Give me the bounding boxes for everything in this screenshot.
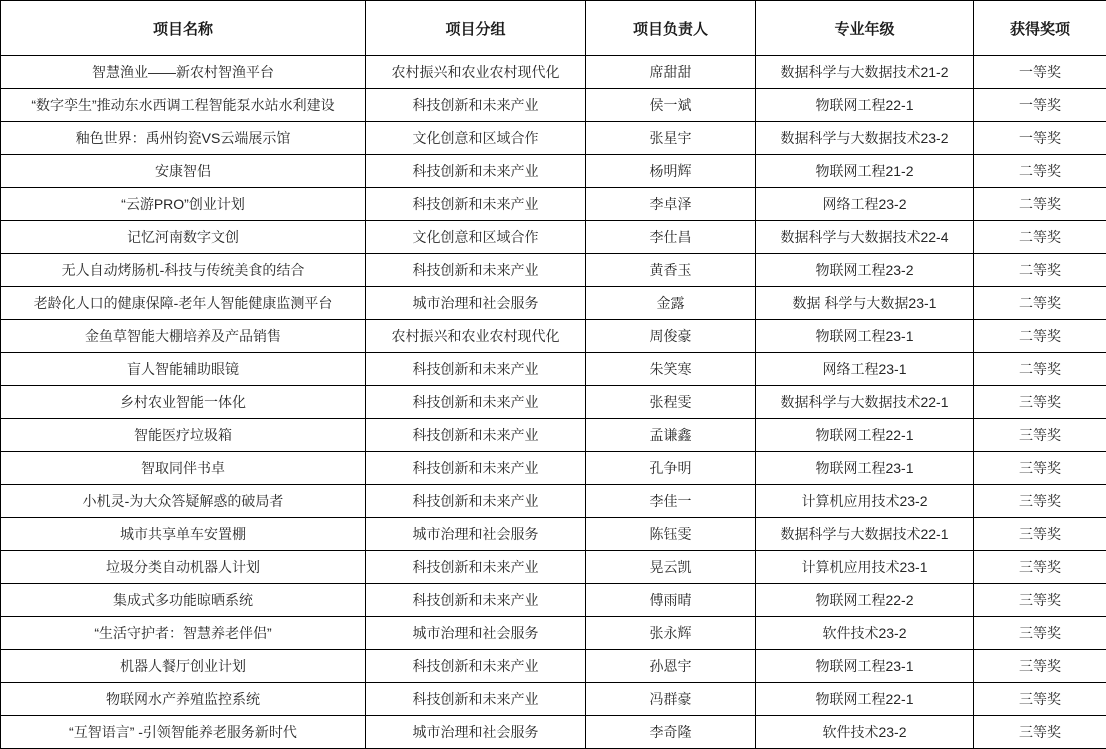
cell-project-name: “数字孪生”推动东水西调工程智能泵水站水利建设 (1, 89, 366, 122)
cell-project-group: 城市治理和社会服务 (366, 617, 586, 650)
cell-project-group: 科技创新和未来产业 (366, 386, 586, 419)
cell-project-name: 城市共享单车安置棚 (1, 518, 366, 551)
table-row: 老龄化人口的健康保障-老年人智能健康监测平台 城市治理和社会服务 金露 数据 科… (1, 287, 1106, 320)
cell-project-group: 城市治理和社会服务 (366, 518, 586, 551)
cell-project-name: “生活守护者：智慧养老伴侣” (1, 617, 366, 650)
column-header-award: 获得奖项 (974, 1, 1106, 56)
cell-project-group: 农村振兴和农业农村现代化 (366, 56, 586, 89)
cell-project-group: 科技创新和未来产业 (366, 584, 586, 617)
cell-award: 三等奖 (974, 386, 1106, 419)
cell-project-group: 文化创意和区域合作 (366, 221, 586, 254)
cell-project-group: 科技创新和未来产业 (366, 683, 586, 716)
cell-major-grade: 物联网工程21-2 (756, 155, 974, 188)
table-row: 安康智侣 科技创新和未来产业 杨明辉 物联网工程21-2 二等奖 (1, 155, 1106, 188)
cell-major-grade: 物联网工程23-1 (756, 650, 974, 683)
cell-project-group: 农村振兴和农业农村现代化 (366, 320, 586, 353)
table-row: 智取同伴书卓 科技创新和未来产业 孔争明 物联网工程23-1 三等奖 (1, 452, 1106, 485)
cell-major-grade: 物联网工程22-1 (756, 89, 974, 122)
cell-project-name: 老龄化人口的健康保障-老年人智能健康监测平台 (1, 287, 366, 320)
cell-major-grade: 数据科学与大数据技术22-1 (756, 386, 974, 419)
cell-project-group: 科技创新和未来产业 (366, 551, 586, 584)
table-row: 城市共享单车安置棚 城市治理和社会服务 陈钰雯 数据科学与大数据技术22-1 三… (1, 518, 1106, 551)
cell-project-group: 文化创意和区域合作 (366, 122, 586, 155)
cell-project-name: 金鱼草智能大棚培养及产品销售 (1, 320, 366, 353)
cell-leader: 傅雨晴 (586, 584, 756, 617)
table-row: “互智语言” -引领智能养老服务新时代 城市治理和社会服务 李奇隆 软件技术23… (1, 716, 1106, 749)
table-row: 小机灵-为大众答疑解惑的破局者 科技创新和未来产业 李佳一 计算机应用技术23-… (1, 485, 1106, 518)
cell-project-name: 安康智侣 (1, 155, 366, 188)
cell-major-grade: 物联网工程22-1 (756, 683, 974, 716)
cell-major-grade: 数据科学与大数据技术22-1 (756, 518, 974, 551)
cell-major-grade: 物联网工程22-2 (756, 584, 974, 617)
cell-award: 二等奖 (974, 287, 1106, 320)
column-header-group: 项目分组 (366, 1, 586, 56)
cell-project-name: 垃圾分类自动机器人计划 (1, 551, 366, 584)
column-header-name: 项目名称 (1, 1, 366, 56)
cell-project-group: 城市治理和社会服务 (366, 716, 586, 749)
cell-project-name: 无人自动烤肠机-科技与传统美食的结合 (1, 254, 366, 287)
cell-project-name: 小机灵-为大众答疑解惑的破局者 (1, 485, 366, 518)
cell-award: 二等奖 (974, 155, 1106, 188)
cell-award: 三等奖 (974, 518, 1106, 551)
table-body: 智慧渔业——新农村智渔平台 农村振兴和农业农村现代化 席甜甜 数据科学与大数据技… (1, 56, 1106, 749)
cell-major-grade: 物联网工程23-1 (756, 320, 974, 353)
cell-award: 一等奖 (974, 89, 1106, 122)
cell-major-grade: 物联网工程23-1 (756, 452, 974, 485)
project-awards-table: 项目名称项目分组项目负责人专业年级获得奖项 智慧渔业——新农村智渔平台 农村振兴… (0, 0, 1106, 749)
cell-award: 二等奖 (974, 221, 1106, 254)
table-row: 智能医疗垃圾箱 科技创新和未来产业 孟谦鑫 物联网工程22-1 三等奖 (1, 419, 1106, 452)
table-row: 集成式多功能晾晒系统 科技创新和未来产业 傅雨晴 物联网工程22-2 三等奖 (1, 584, 1106, 617)
cell-award: 二等奖 (974, 320, 1106, 353)
cell-leader: 杨明辉 (586, 155, 756, 188)
cell-award: 三等奖 (974, 452, 1106, 485)
table-row: 记忆河南数字文创 文化创意和区域合作 李仕昌 数据科学与大数据技术22-4 二等… (1, 221, 1106, 254)
table-row: 盲人智能辅助眼镜 科技创新和未来产业 朱笑寒 网络工程23-1 二等奖 (1, 353, 1106, 386)
cell-project-name: 集成式多功能晾晒系统 (1, 584, 366, 617)
cell-leader: 黄香玉 (586, 254, 756, 287)
table-row: “云游PRO”创业计划 科技创新和未来产业 李卓泽 网络工程23-2 二等奖 (1, 188, 1106, 221)
table-row: 釉色世界：禹州钧瓷VS云端展示馆 文化创意和区域合作 张星宇 数据科学与大数据技… (1, 122, 1106, 155)
header-row: 项目名称项目分组项目负责人专业年级获得奖项 (1, 1, 1106, 56)
table-row: 物联网水产养殖监控系统 科技创新和未来产业 冯群豪 物联网工程22-1 三等奖 (1, 683, 1106, 716)
cell-major-grade: 物联网工程23-2 (756, 254, 974, 287)
cell-project-name: 物联网水产养殖监控系统 (1, 683, 366, 716)
table-row: “生活守护者：智慧养老伴侣” 城市治理和社会服务 张永辉 软件技术23-2 三等… (1, 617, 1106, 650)
cell-project-group: 科技创新和未来产业 (366, 353, 586, 386)
cell-major-grade: 计算机应用技术23-1 (756, 551, 974, 584)
cell-major-grade: 数据科学与大数据技术21-2 (756, 56, 974, 89)
cell-major-grade: 网络工程23-2 (756, 188, 974, 221)
cell-leader: 金露 (586, 287, 756, 320)
cell-major-grade: 数据科学与大数据技术22-4 (756, 221, 974, 254)
cell-project-name: 乡村农业智能一体化 (1, 386, 366, 419)
cell-project-name: “云游PRO”创业计划 (1, 188, 366, 221)
cell-award: 二等奖 (974, 353, 1106, 386)
cell-project-group: 科技创新和未来产业 (366, 89, 586, 122)
cell-project-group: 城市治理和社会服务 (366, 287, 586, 320)
cell-project-name: 釉色世界：禹州钧瓷VS云端展示馆 (1, 122, 366, 155)
table-row: 乡村农业智能一体化 科技创新和未来产业 张程雯 数据科学与大数据技术22-1 三… (1, 386, 1106, 419)
cell-project-name: 记忆河南数字文创 (1, 221, 366, 254)
table-row: 机器人餐厅创业计划 科技创新和未来产业 孙恩宇 物联网工程23-1 三等奖 (1, 650, 1106, 683)
cell-award: 三等奖 (974, 419, 1106, 452)
table-row: 金鱼草智能大棚培养及产品销售 农村振兴和农业农村现代化 周俊豪 物联网工程23-… (1, 320, 1106, 353)
cell-project-name: “互智语言” -引领智能养老服务新时代 (1, 716, 366, 749)
cell-major-grade: 软件技术23-2 (756, 617, 974, 650)
cell-leader: 张星宇 (586, 122, 756, 155)
cell-project-group: 科技创新和未来产业 (366, 155, 586, 188)
cell-project-name: 盲人智能辅助眼镜 (1, 353, 366, 386)
cell-leader: 李奇隆 (586, 716, 756, 749)
cell-leader: 朱笑寒 (586, 353, 756, 386)
cell-leader: 孙恩宇 (586, 650, 756, 683)
cell-leader: 侯一斌 (586, 89, 756, 122)
cell-leader: 陈钰雯 (586, 518, 756, 551)
cell-award: 三等奖 (974, 650, 1106, 683)
cell-project-group: 科技创新和未来产业 (366, 188, 586, 221)
cell-leader: 张永辉 (586, 617, 756, 650)
cell-project-group: 科技创新和未来产业 (366, 254, 586, 287)
cell-project-group: 科技创新和未来产业 (366, 485, 586, 518)
cell-leader: 冯群豪 (586, 683, 756, 716)
cell-project-name: 机器人餐厅创业计划 (1, 650, 366, 683)
cell-major-grade: 物联网工程22-1 (756, 419, 974, 452)
cell-project-name: 智取同伴书卓 (1, 452, 366, 485)
cell-leader: 李卓泽 (586, 188, 756, 221)
cell-leader: 周俊豪 (586, 320, 756, 353)
cell-award: 三等奖 (974, 683, 1106, 716)
cell-major-grade: 数据科学与大数据技术23-2 (756, 122, 974, 155)
cell-award: 二等奖 (974, 188, 1106, 221)
cell-leader: 孟谦鑫 (586, 419, 756, 452)
cell-leader: 晃云凯 (586, 551, 756, 584)
cell-award: 三等奖 (974, 617, 1106, 650)
table-row: 智慧渔业——新农村智渔平台 农村振兴和农业农村现代化 席甜甜 数据科学与大数据技… (1, 56, 1106, 89)
cell-major-grade: 数据 科学与大数据23-1 (756, 287, 974, 320)
cell-leader: 孔争明 (586, 452, 756, 485)
cell-project-group: 科技创新和未来产业 (366, 650, 586, 683)
column-header-major: 专业年级 (756, 1, 974, 56)
cell-award: 一等奖 (974, 56, 1106, 89)
cell-leader: 李佳一 (586, 485, 756, 518)
table-row: “数字孪生”推动东水西调工程智能泵水站水利建设 科技创新和未来产业 侯一斌 物联… (1, 89, 1106, 122)
cell-project-group: 科技创新和未来产业 (366, 452, 586, 485)
cell-project-name: 智能医疗垃圾箱 (1, 419, 366, 452)
cell-award: 三等奖 (974, 716, 1106, 749)
table-row: 垃圾分类自动机器人计划 科技创新和未来产业 晃云凯 计算机应用技术23-1 三等… (1, 551, 1106, 584)
cell-award: 三等奖 (974, 485, 1106, 518)
cell-award: 三等奖 (974, 551, 1106, 584)
table-row: 无人自动烤肠机-科技与传统美食的结合 科技创新和未来产业 黄香玉 物联网工程23… (1, 254, 1106, 287)
cell-award: 二等奖 (974, 254, 1106, 287)
cell-leader: 张程雯 (586, 386, 756, 419)
cell-project-name: 智慧渔业——新农村智渔平台 (1, 56, 366, 89)
cell-major-grade: 网络工程23-1 (756, 353, 974, 386)
column-header-leader: 项目负责人 (586, 1, 756, 56)
cell-leader: 李仕昌 (586, 221, 756, 254)
cell-leader: 席甜甜 (586, 56, 756, 89)
cell-project-group: 科技创新和未来产业 (366, 419, 586, 452)
cell-award: 一等奖 (974, 122, 1106, 155)
cell-major-grade: 计算机应用技术23-2 (756, 485, 974, 518)
cell-major-grade: 软件技术23-2 (756, 716, 974, 749)
cell-award: 三等奖 (974, 584, 1106, 617)
